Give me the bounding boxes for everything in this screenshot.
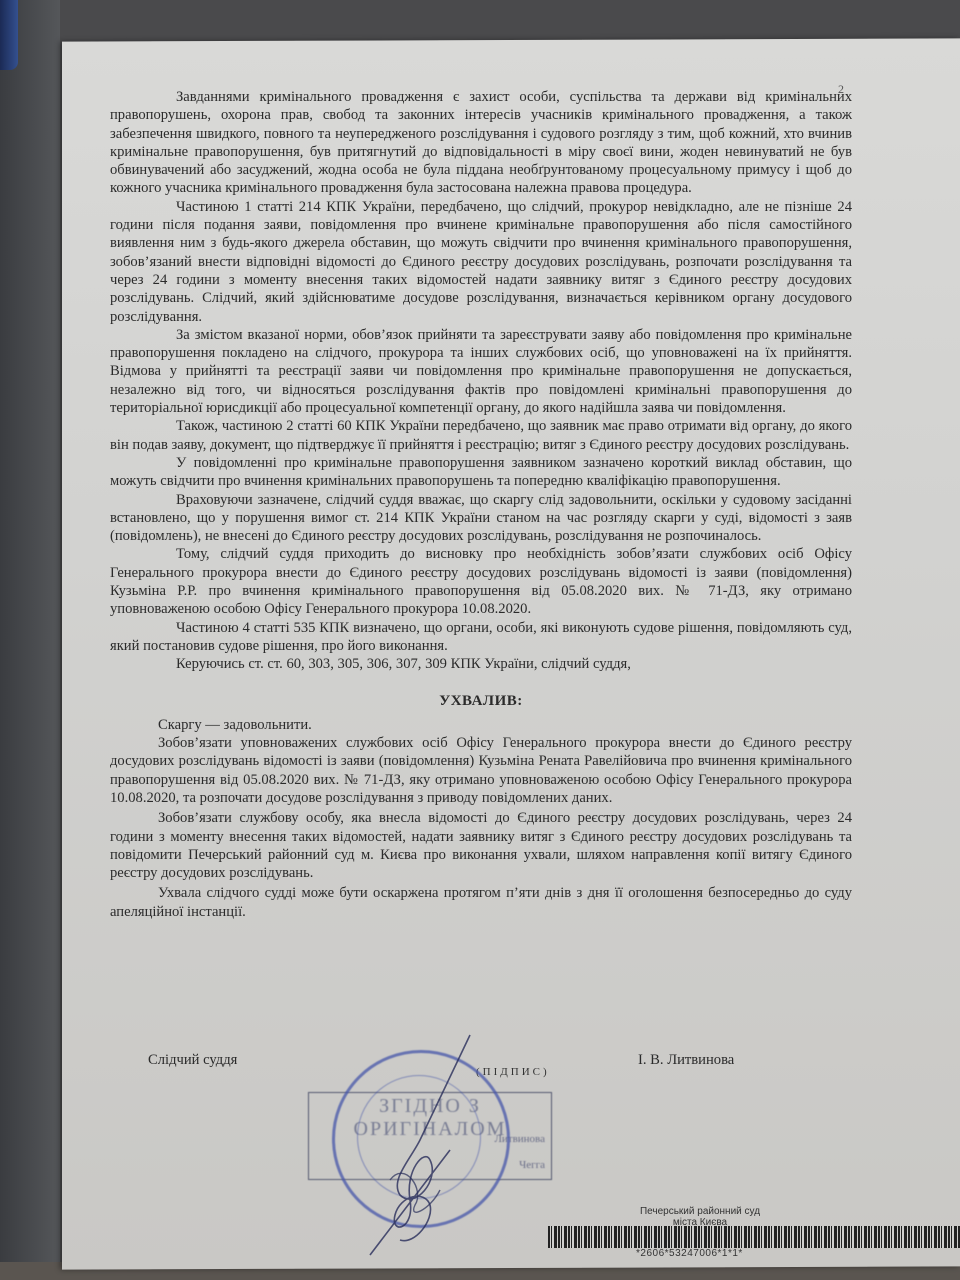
signature-role: Слідчий суддя xyxy=(148,1052,237,1069)
handwritten-signature-icon xyxy=(330,1030,530,1270)
document-body: Завданнями кримінального провадження є з… xyxy=(110,88,852,921)
signature-name: І. В. Литвинова xyxy=(638,1052,734,1069)
barcode-icon xyxy=(548,1226,960,1248)
desk-background xyxy=(0,0,60,1280)
paragraph: Керуючись ст. ст. 60, 303, 305, 306, 307… xyxy=(110,655,852,673)
paragraph: За змістом вказаної норми, обов’язок при… xyxy=(110,326,852,417)
court-name: Печерський районний суд xyxy=(630,1206,770,1217)
paragraph: Тому, слідчий суддя приходить до висновк… xyxy=(110,545,852,618)
resolution-item: Ухвала слідчого судді може бути оскаржен… xyxy=(110,884,852,921)
resolution-item: Скаргу — задовольнити. xyxy=(110,716,852,734)
pen-object xyxy=(0,0,18,70)
paragraph: Також, частиною 2 статті 60 КПК України … xyxy=(110,417,852,454)
resolution-heading: УХВАЛИВ: xyxy=(110,692,852,710)
court-label: Печерський районний суд міста Києва xyxy=(630,1206,770,1228)
paragraph: Завданнями кримінального провадження є з… xyxy=(110,88,852,198)
paragraph: Частиною 4 статті 535 КПК визначено, що … xyxy=(110,619,852,656)
resolution-item: Зобов’язати уповноважених службових осіб… xyxy=(110,734,852,807)
paragraph: У повідомленні про кримінальне правопору… xyxy=(110,454,852,491)
barcode-number: *2606*53247006*1*1* xyxy=(636,1248,743,1259)
paragraph: Частиною 1 статті 214 КПК України, перед… xyxy=(110,198,852,326)
paragraph: Враховуючи зазначене, слідчий суддя вваж… xyxy=(110,491,852,546)
resolution-item: Зобов’язати службову особу, яка внесла в… xyxy=(110,809,852,882)
